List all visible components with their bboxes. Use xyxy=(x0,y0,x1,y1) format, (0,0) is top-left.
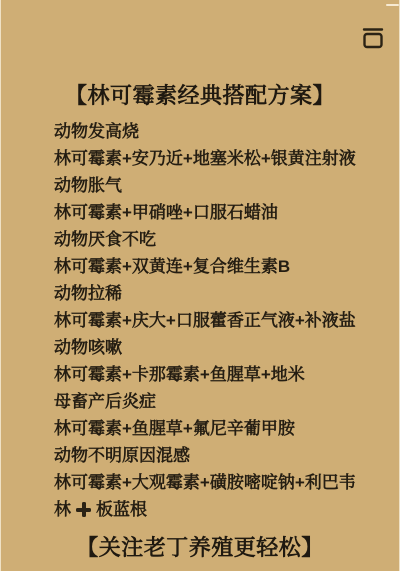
list-item-symptom: 动物胀气 xyxy=(54,172,389,199)
list-item-symptom: 动物拉稀 xyxy=(54,280,389,307)
remedy-continuation-suffix: 板蓝根 xyxy=(96,500,147,519)
list-item-remedy: 林可霉素+大观霉素+磺胺嘧啶钠+利巴韦 xyxy=(54,469,389,496)
list-item-symptom: 动物厌食不吃 xyxy=(54,226,389,253)
list-item-remedy: 林可霉素+安乃近+地塞米松+银黄注射液 xyxy=(54,145,389,172)
list-item-symptom: 动物不明原因混感 xyxy=(54,442,389,469)
page-title: 【林可霉素经典搭配方案】 xyxy=(1,79,399,110)
screenshot-frame-icon[interactable] xyxy=(361,26,385,50)
list-item-remedy: 林可霉素+鱼腥草+氟尼辛葡甲胺 xyxy=(54,415,389,442)
top-highlight-line xyxy=(386,4,399,6)
list-item-symptom: 动物咳嗽 xyxy=(54,334,389,361)
screenshot-frame-icon-svg xyxy=(361,26,385,50)
list-item-symptom: 动物发高烧 xyxy=(54,118,389,145)
heavy-plus-icon xyxy=(76,502,91,517)
list-item-remedy: 林可霉素+双黄连+复合维生素B xyxy=(54,253,389,280)
list-item-remedy: 林可霉素+庆大+口服藿香正气液+补液盐 xyxy=(54,307,389,334)
remedy-list: 动物发高烧 林可霉素+安乃近+地塞米松+银黄注射液 动物胀气 林可霉素+甲硝唑+… xyxy=(54,118,389,523)
list-item-remedy: 林可霉素+卡那霉素+鱼腥草+地米 xyxy=(54,361,389,388)
remedy-continuation-prefix: 林 xyxy=(54,500,71,519)
poster-image: 【林可霉素经典搭配方案】 动物发高烧 林可霉素+安乃近+地塞米松+银黄注射液 动… xyxy=(0,0,400,571)
footer-title: 【关注老丁养殖更轻松】 xyxy=(1,531,399,562)
list-item-remedy-continuation: 林板蓝根 xyxy=(54,496,389,523)
list-item-symptom: 母畜产后炎症 xyxy=(54,388,389,415)
list-item-remedy: 林可霉素+甲硝唑+口服石蜡油 xyxy=(54,199,389,226)
